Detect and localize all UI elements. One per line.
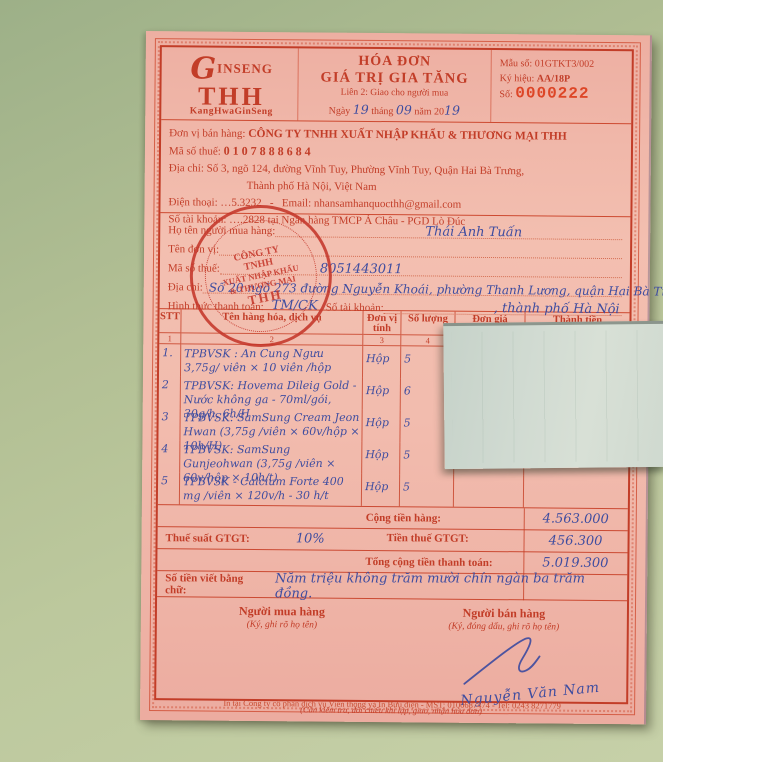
col-header-unit: Đơn vị tính	[363, 311, 401, 335]
seller-phone-label: Điện thoại:	[168, 196, 217, 208]
seller-signature-title: Người bán hàng	[399, 605, 609, 622]
buyer-name-label: Họ tên người mua hàng:	[168, 224, 275, 237]
col-header-stt: STT	[159, 309, 181, 333]
amount-in-words-row: Số tiền viết bằng chữ: Năm triệu không t…	[157, 571, 627, 601]
seller-name-label: Đơn vị bán hàng:	[169, 127, 245, 140]
seller-signature-block: Người bán hàng (Ký, đóng dấu, ghi rõ họ …	[399, 605, 609, 633]
buyer-account-label: Số tài khoản:	[326, 302, 384, 315]
item-unit: Hộp	[363, 382, 400, 398]
buyer-name-line: Họ tên người mua hàng: Thái Anh Tuấn	[168, 217, 622, 240]
seller-email: nhansamhanquocthh@gmail.com	[314, 197, 461, 210]
item-quantity: 5	[400, 478, 453, 494]
sticky-note-overlay	[443, 321, 663, 469]
invoice-header: GINSENG THH KangHwaGinSeng HÓA ĐƠN GIÁ T…	[161, 47, 632, 124]
company-logo: GINSENG THH KangHwaGinSeng	[161, 47, 299, 120]
seller-email-label: Email:	[282, 197, 311, 209]
invoice-number-line: Số: 0000222	[499, 86, 627, 103]
item-unit: Hộp	[363, 350, 400, 366]
invoice-number-value: 0000222	[515, 84, 589, 103]
buyer-tax-label: Mã số thuế:	[168, 262, 220, 274]
buyer-unit-label: Tên đơn vị:	[168, 243, 219, 255]
serial-label: Ký hiệu:	[500, 73, 535, 84]
amount-in-words-value: Năm triệu không trăm mười chín ngàn ba t…	[275, 571, 619, 601]
logo-main: THH	[167, 86, 295, 107]
grand-total-label: Tổng cộng tiền thanh toán:	[157, 554, 523, 569]
seller-address-label: Địa chỉ:	[169, 162, 204, 174]
logo-subtitle: KangHwaGinSeng	[167, 106, 295, 117]
form-number-value: 01GTKT3/002	[535, 58, 595, 70]
buyer-block: Họ tên người mua hàng: Thái Anh Tuấn Tên…	[160, 213, 631, 313]
item-stt: 3	[159, 408, 180, 424]
invoice-number-label: Số:	[499, 89, 512, 100]
seller-name: CÔNG TY TNHH XUẤT NHẬP KHẨU & THƯƠNG MẠI…	[248, 128, 567, 143]
item-unit: Hộp	[362, 446, 399, 462]
buyer-signature-block: Người mua hàng (Ký, ghi rõ họ tên)	[197, 603, 367, 630]
invoice-meta: Mẫu số: 01GTKT3/002 Ký hiệu: AA/18P Số: …	[491, 50, 632, 123]
item-unit: Hộp	[362, 478, 399, 494]
amount-in-words-label: Số tiền viết bằng chữ:	[165, 572, 265, 597]
seller-tax-label: Mã số thuế:	[169, 145, 221, 157]
seller-phone: …5.3232	[220, 197, 261, 209]
item-stt: 1.	[159, 344, 180, 360]
buyer-tax-line: Mã số thuế: 8051443011	[168, 255, 622, 278]
buyer-address-cont: , thành phố Hà Nội	[494, 301, 620, 317]
index-cell: 1	[159, 333, 181, 344]
dotted-line: , thành phố Hà Nội	[384, 300, 622, 316]
table-row: 5 TPBVSK - Calcium Forte 400 mg /viên × …	[158, 472, 628, 508]
totals-section: Cộng tiền hàng: 4.563.000 Thuế suất GTGT…	[157, 504, 628, 601]
vat-rate-value: 10%	[296, 531, 325, 546]
buyer-address-line: Địa chỉ: Số 20 ngõ 273 đường Nguyễn Khoá…	[168, 274, 622, 297]
form-number-label: Mẫu số:	[500, 58, 533, 69]
vat-rate-label: Thuế suất GTGT:	[166, 532, 250, 545]
seller-block: Đơn vị bán hàng: CÔNG TY TNHH XUẤT NHẬP …	[160, 120, 631, 217]
buyer-address-label: Địa chỉ:	[168, 281, 203, 293]
subtotal-value: 4.563.000	[543, 511, 609, 527]
item-stt: 2	[159, 376, 180, 392]
item-stt: 4	[158, 440, 179, 456]
vat-value: 456.300	[549, 534, 603, 549]
invoice-title-line2: GIÁ TRỊ GIA TĂNG	[299, 69, 491, 88]
serial-value: AA/18P	[537, 73, 570, 84]
seller-address-part1: Số 3, ngõ 124, đường Vĩnh Tuy, Phường Vĩ…	[207, 163, 525, 178]
date-day-value: 19	[353, 102, 369, 117]
buyer-signature-note: (Ký, ghi rõ họ tên)	[197, 619, 367, 630]
item-description: TPBVSK - Calcium Forte 400 mg /viên × 12…	[180, 473, 361, 503]
payment-method-label: Hình thức thanh toán:	[168, 300, 264, 313]
buyer-unit-line: Tên đơn vị:	[168, 236, 622, 259]
grand-total-value: 5.019.300	[542, 555, 608, 571]
date-month-label: tháng	[371, 106, 393, 117]
form-number-line: Mẫu số: 01GTKT3/002	[500, 56, 628, 72]
item-stt: 5	[158, 472, 179, 488]
invoice-title-line1: HÓA ĐƠN	[299, 53, 491, 71]
copy-note: Liên 2: Giao cho người mua	[298, 87, 490, 99]
vat-left: Thuế suất GTGT:10% Tiền thuế GTGT:	[158, 530, 524, 548]
date-year-label: năm 20	[414, 106, 444, 117]
index-cell: 3	[363, 335, 401, 346]
date-month-value: 09	[396, 102, 412, 117]
item-description: TPBVSK : An Cung Ngưu 3,75g/ viên × 10 v…	[181, 345, 362, 375]
date-year-value: 19	[444, 103, 460, 118]
item-amount	[524, 475, 628, 508]
table-background: GINSENG THH KangHwaGinSeng HÓA ĐƠN GIÁ T…	[0, 0, 663, 762]
logo-brand-rest: INSENG	[217, 61, 273, 76]
item-unit: Hộp	[363, 414, 400, 430]
invoice-title-block: HÓA ĐƠN GIÁ TRỊ GIA TĂNG Liên 2: Giao ch…	[298, 48, 492, 122]
date-day-label: Ngày	[329, 106, 351, 117]
item-unit-price	[454, 475, 524, 508]
seller-tax-code: 0107888684	[224, 144, 314, 159]
payment-method: TM/CK	[272, 298, 318, 313]
vat-label: Tiền thuế GTGT:	[387, 532, 469, 548]
buyer-signature-title: Người mua hàng	[197, 603, 367, 619]
buyer-name: Thái Anh Tuấn	[425, 224, 522, 240]
invoice-date: Ngày 19 tháng 09 năm 2019	[298, 101, 490, 118]
buyer-tax-code: 8051443011	[320, 262, 403, 278]
dotted-line: Số 20 ngõ 273 đường Nguyễn Khoái, phường…	[203, 280, 622, 298]
seller-address-part2: Thành phố Hà Nội, Việt Nam	[247, 180, 377, 193]
subtotal-label: Cộng tiền hàng:	[158, 510, 524, 525]
photo-canvas: GINSENG THH KangHwaGinSeng HÓA ĐƠN GIÁ T…	[0, 0, 762, 762]
